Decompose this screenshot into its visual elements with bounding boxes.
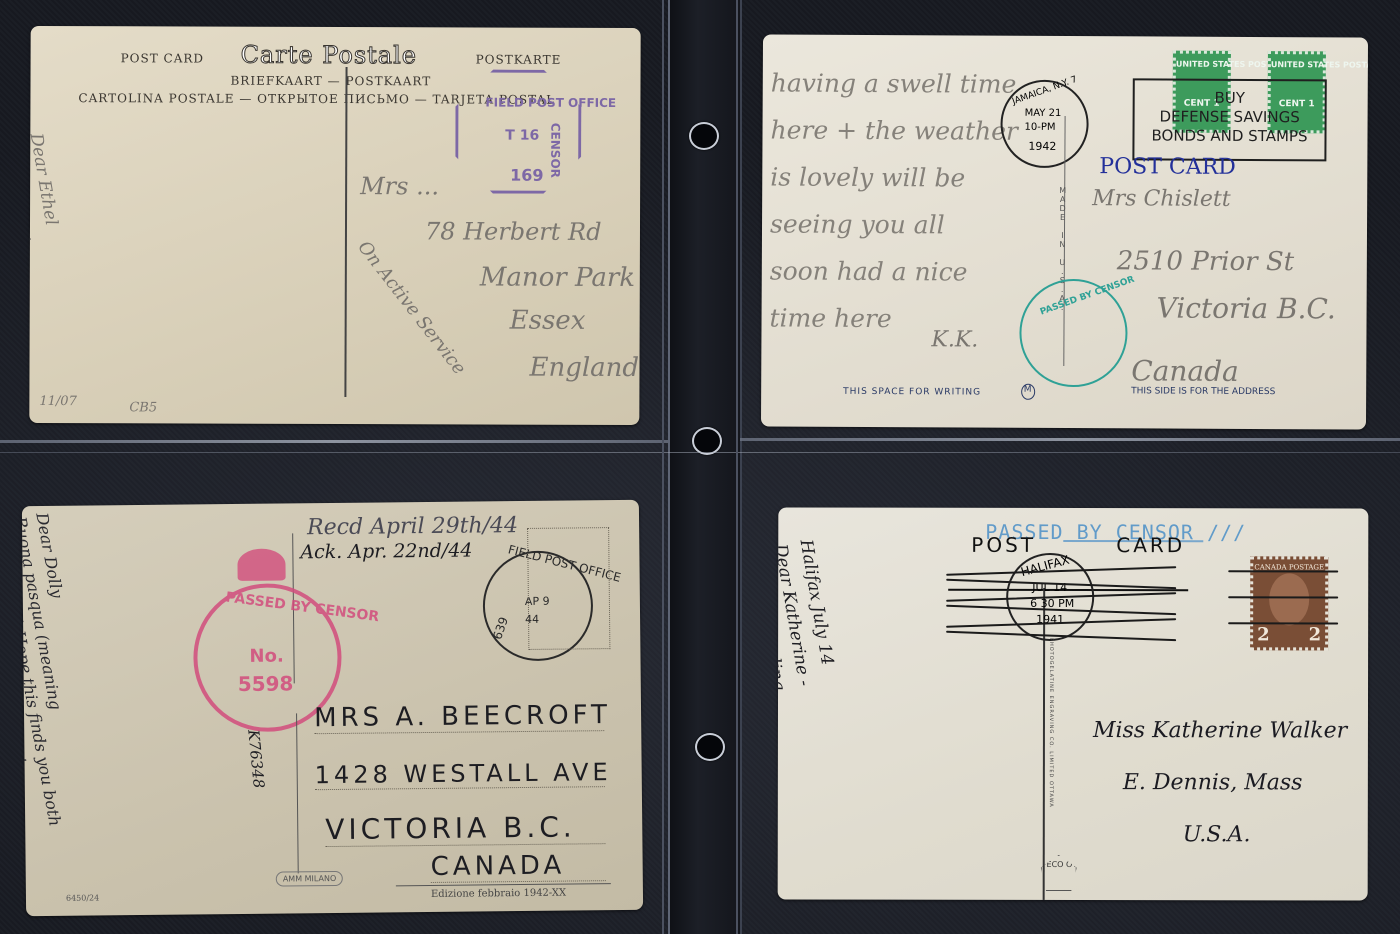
album-page: POST CARD Carte Postale POSTKARTE BRIEFK…	[0, 0, 1400, 934]
header-left: POST CARD	[121, 51, 205, 65]
postcard-jamaica-ny[interactable]: having a swell time here + the weather i…	[761, 34, 1368, 429]
recipient-country: U.S.A.	[1183, 822, 1251, 847]
binder-hole	[689, 122, 719, 150]
sleeve-edge	[736, 0, 738, 934]
recipient-country: Canada	[1131, 354, 1239, 388]
peco-logo: PECO OTTAWA	[1041, 855, 1077, 891]
message-text: having a swell time here + the weather i…	[769, 59, 1018, 342]
message-text: Halifax July 14 Dear Katherine - We are …	[778, 538, 861, 825]
publisher-logo: M	[1021, 384, 1035, 400]
recipient-name: Miss Katherine Walker	[1093, 718, 1347, 743]
postcard-heading: POST CARD	[1099, 154, 1236, 180]
slogan-cancel: BUY DEFENSE SAVINGS BONDS AND STAMPS	[1132, 78, 1326, 161]
crown-icon	[237, 548, 285, 581]
recipient-town: Manor Park	[480, 263, 635, 294]
recipient-street: 1428 WESTALL AVE	[315, 758, 605, 790]
ack-annotation: Ack. Apr. 22nd/44	[300, 540, 472, 564]
censor-stamp-top: FIELD POST OFFICE	[485, 96, 616, 110]
binder-hole	[692, 427, 722, 455]
censor-stamp-middle: T 16	[505, 128, 539, 144]
header-line2: BRIEFKAART — POSTKAART	[230, 74, 431, 89]
catalog-number: 6450/24	[66, 893, 99, 902]
king-portrait-icon	[1269, 573, 1309, 625]
censor-stamp-number: 169	[510, 166, 543, 185]
postcard-halifax[interactable]: PASSED BY CENSOR /// POST CARD HALIFAX J…	[778, 507, 1369, 900]
recipient-country: CANADA	[431, 850, 606, 883]
active-service-annotation: On Active Service	[353, 237, 469, 379]
footer-left: THIS SPACE FOR WRITING	[843, 387, 981, 398]
note-date: 11/07	[39, 394, 77, 409]
header-right: POSTKARTE	[476, 52, 562, 66]
edition-text: Edizione febbraio 1942-XX	[431, 888, 566, 900]
recipient-street: 2510 Prior St	[1117, 246, 1294, 277]
header-title: Carte Postale	[241, 41, 418, 70]
postcard-heading-card: CARD	[1116, 533, 1185, 557]
recipient-city: VICTORIA B.C.	[325, 810, 605, 847]
cancel-wave-line	[1228, 622, 1338, 624]
recipient-city: E. Dennis, Mass	[1123, 770, 1303, 795]
card-divider	[344, 67, 347, 397]
censor-stamp-side: CENSOR	[548, 123, 562, 178]
postcard-italy-field-post[interactable]: Recd April 29th/44 Ack. Apr. 22nd/44 PAS…	[22, 500, 643, 916]
received-annotation: Recd April 29th/44	[307, 513, 518, 540]
sleeve-edge	[662, 0, 664, 934]
printer-logo: AMM MILANO	[276, 871, 344, 887]
postcard-france-field-post[interactable]: POST CARD Carte Postale POSTKARTE BRIEFK…	[29, 26, 640, 425]
recipient-name: Mrs ...	[360, 172, 439, 200]
divider-line	[396, 883, 611, 886]
censor-stamp-green: PASSED BY CENSOR	[1019, 279, 1128, 388]
recipient-country: England	[529, 353, 639, 383]
cancel-wave-line	[1228, 596, 1338, 598]
postmark-jamaica: JAMAICA, N.Y. 7 MAY 21 10-PM 1942	[1000, 80, 1088, 168]
recipient-name: Mrs Chislett	[1092, 186, 1231, 212]
stamp-box	[527, 527, 610, 650]
cancel-wave-line	[1228, 570, 1338, 572]
service-number: K76348	[244, 729, 268, 789]
postcard-heading-post: POST	[971, 533, 1036, 557]
message-text: Dear Ethel I think this is something in …	[29, 131, 77, 324]
recipient-county: Essex	[510, 306, 586, 336]
recipient-city: Victoria B.C.	[1157, 291, 1336, 325]
message-text: Dear Dolly Buona pasqua (meaning Good Ea…	[22, 511, 109, 857]
footer-right: THIS SIDE IS FOR THE ADDRESS	[1131, 386, 1275, 397]
note-code: CB5	[129, 400, 157, 415]
sleeve-divider	[0, 440, 668, 443]
recipient-street: 78 Herbert Rd	[425, 217, 602, 246]
sleeve-divider	[740, 438, 1400, 441]
recipient-name: MRS A. BEECROFT	[314, 700, 604, 734]
printer-text: PHOTOGELATINE ENGRAVING CO. LIMITED OTTA…	[1048, 638, 1054, 808]
sleeve-divider	[0, 452, 1400, 453]
binder-hole	[695, 733, 725, 761]
divider-line	[296, 713, 299, 873]
signature: K.K.	[931, 327, 978, 352]
